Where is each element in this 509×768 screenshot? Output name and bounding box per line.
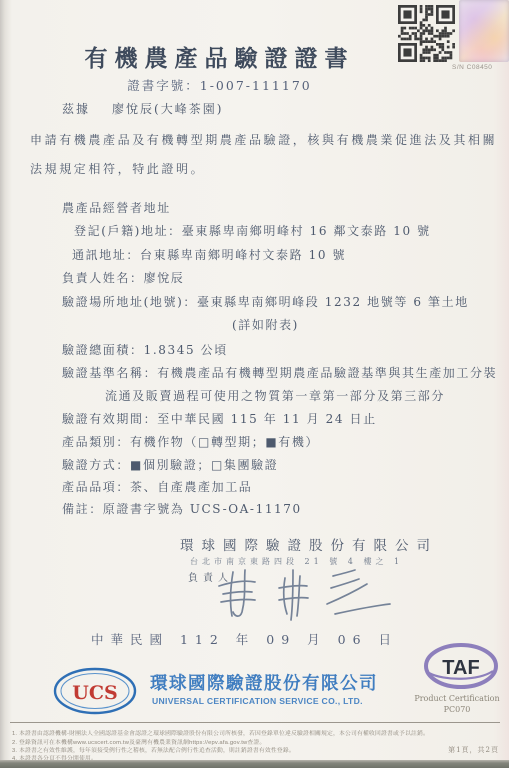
principal-name: 負責人姓名：廖悅辰 [62,269,184,286]
hereby-line: 茲據廖悅辰(大峰茶園) [62,100,223,117]
ucs-logo-icon: UCS [53,666,137,716]
product-items: 產品品項：茶、自產農產加工品 [62,478,252,495]
registered-address: 登記(戶籍)地址：臺東縣卑南鄉明峰村 16 鄰文泰路 10 號 [74,222,431,239]
taf-caption-line1: Product Certification [402,694,509,703]
product-category: 產品類別：有機作物（□轉型期；■有機） [62,433,319,450]
standard-name-line2: 流通及販賣過程可使用之物質第一章第一部分及第三部分 [105,387,445,404]
svg-text:TAF: TAF [442,657,479,679]
hereby-label: 茲據 [62,102,90,116]
certificate-number: 證書字號：1-007-111170 [0,76,439,94]
svg-text:UCS: UCS [72,682,117,704]
serial-number: S/N C08450 [452,64,492,71]
remarks: 備註：原證書字號為 UCS-OA-11170 [62,500,302,517]
hologram-sticker [459,0,509,62]
operator-address-title: 農產品經營者地址 [62,199,171,216]
certificate-page: S/N C08450 有機農產品驗證證書 證書字號：1-007-111170 茲… [0,0,509,768]
issue-date: 中華民國 112 年 09 月 06 日 [0,630,489,648]
footer-company-name-en: UNIVERSAL CERTIFICATION SERVICE CO., LTD… [152,696,363,706]
footer-divider [10,722,500,723]
issuer-company-name: 環球國際驗證股份有限公司 [180,534,438,554]
taf-logo-icon: TAF [424,643,498,689]
statement-line1: 申請有機農產品及有機轉型期農產品驗證，核與有機農業促進法及其相關 [30,131,497,148]
page-number: 第1頁，共2頁 [448,745,499,755]
site-address: 驗證場所地址(地號)：臺東縣卑南鄉明峰段 1232 地號等 6 筆土地 [62,293,469,310]
total-area: 驗證總面積：1.8345 公頃 [62,341,228,358]
footnote-4: 4. 本證書各分頁不得分開使用。 [12,753,97,762]
mailing-address: 通訊地址：台東縣卑南鄉明峰村文泰路 10 號 [72,246,346,263]
footer-company-name-zh: 環球國際驗證股份有限公司 [150,670,378,695]
taf-caption-line2: PC070 [402,705,509,714]
site-address-note: (詳如附表) [232,316,299,333]
valid-until: 驗證有效期間：至中華民國 115 年 11 月 24 日止 [62,410,377,427]
holder-name: 廖悅辰(大峰茶園) [112,102,223,116]
statement-line2: 法規規定相符，特此證明。 [30,160,205,177]
standard-name-line1: 驗證基準名稱：有機農產品有機轉型期農產品驗證基準與其生產加工分裝 [62,364,497,381]
certification-method: 驗證方式：■個別驗證；□集團驗證 [62,456,278,473]
footnote-1: 1. 本證書由認證機構-財團法人全國認證基金會認證之環球國際驗證股份有限公司所核… [12,728,429,737]
principal-signature [205,562,400,624]
certificate-title: 有機農產品驗證證書 [0,40,439,73]
